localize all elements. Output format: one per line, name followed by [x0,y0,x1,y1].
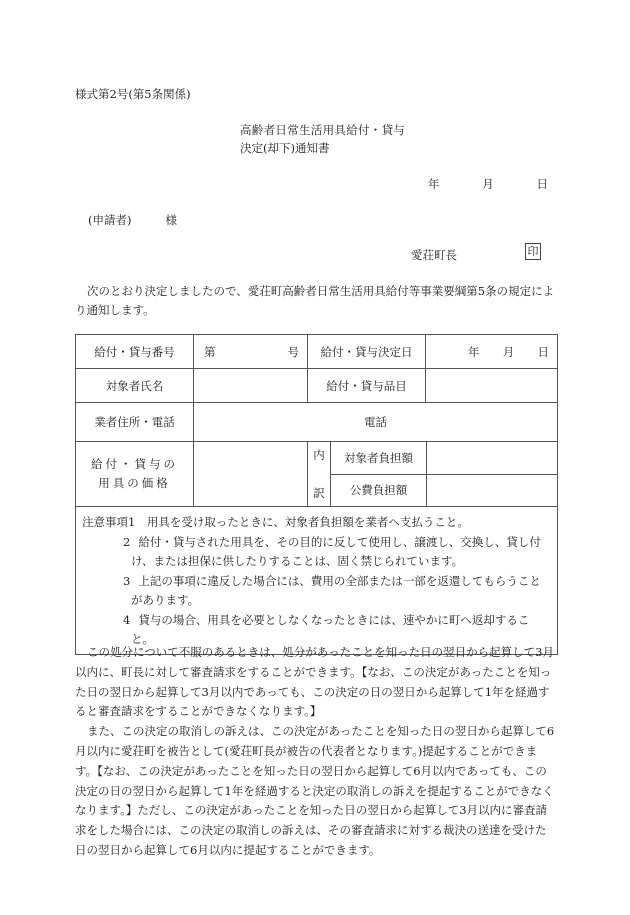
applicant-label: (申請者) [88,213,131,227]
label-vendor-address: 業者住所・電話 [76,403,194,441]
appeal-notice: この処分について不服のあるときは、処分があったことを知った日の翌日から起算して3… [75,643,557,861]
intro-paragraph: 次のとおり決定しましたので、愛荘町高齢者日常生活用具給付等事業要綱第5条の規定に… [75,282,557,320]
date-year: 年 [428,176,440,192]
issue-date: 年 月 日 [428,176,548,192]
form-number: 様式第2号(第5条関係) [75,86,191,102]
number-suffix: 号 [288,344,300,360]
decision-table: 給付・貸与番号 第 号 給付・貸与決定日 年 月 日 対象者氏名 給付・貸与品目… [75,334,558,655]
appeal-paragraph-1: この処分について不服のあるときは、処分があったことを知った日の翌日から起算して3… [75,643,557,722]
table-row: 給付・貸与番号 第 号 給付・貸与決定日 年 月 日 [76,335,557,369]
note-3: 3上記の事項に違反した場合には、費用の全部または一部を返還してもらうことがありま… [82,572,551,611]
honorific: 様 [165,213,177,227]
breakdown-label: 内 訳 [308,442,331,506]
decision-date-field[interactable]: 年 月 日 [426,335,557,368]
public-share-field[interactable] [427,475,557,507]
notes-section: 注意事項1 用具を受け取ったときに、対象者負担額を業者へ支払うこと。 2給付・貸… [76,507,557,655]
label-item: 給付・貸与品目 [308,369,426,402]
breakdown-rows: 対象者負担額 公費負担額 [331,442,557,506]
label-grant-number: 給付・貸与番号 [76,335,194,368]
table-row: 給付・貸与の 用具の価格 内 訳 対象者負担額 公費負担額 [76,442,557,507]
note-2: 2給付・貸与された用具を、その目的に反して使用し、譲渡し、交換し、貸し付け、また… [82,533,551,572]
grant-number-field[interactable]: 第 号 [194,335,308,368]
vendor-address-field[interactable]: 電話 [194,403,557,441]
decision-year: 年 [468,344,480,360]
label-public-share: 公費負担額 [331,475,427,507]
recipient-name-field[interactable] [194,369,308,402]
phone-label: 電話 [364,414,387,430]
label-item-price: 給付・貸与の 用具の価格 [76,442,194,506]
document-title-line1: 高齢者日常生活用具給付・貸与 [240,122,405,138]
date-month: 月 [482,176,494,192]
date-day: 日 [537,176,549,192]
item-field[interactable] [426,369,557,402]
issuer-name: 愛荘町長 [411,247,457,263]
price-label-line1: 給付・貸与の [91,455,178,474]
applicant-line: (申請者)様 [88,212,177,228]
decision-month: 月 [503,344,515,360]
table-row: 対象者氏名 給付・貸与品目 [76,369,557,403]
note-1: 注意事項1 用具を受け取ったときに、対象者負担額を業者へ支払うこと。 [82,513,551,533]
seal-mark: 印 [525,243,541,260]
document-title-line2: 決定(却下)通知書 [240,140,329,156]
appeal-paragraph-2: また、この決定の取消しの訴えは、この決定があったことを知った日の翌日から起算して… [75,722,557,861]
recipient-share-field[interactable] [427,442,557,474]
label-recipient-share: 対象者負担額 [331,442,427,474]
item-price-field[interactable] [194,442,308,506]
label-decision-date: 給付・貸与決定日 [308,335,426,368]
number-prefix: 第 [204,344,216,360]
decision-day: 日 [538,344,550,360]
label-recipient-name: 対象者氏名 [76,369,194,402]
price-label-line2: 用具の価格 [98,474,171,493]
breakdown-top: 内 [313,447,325,463]
breakdown-bottom: 訳 [313,485,325,501]
table-row: 業者住所・電話 電話 [76,403,557,442]
